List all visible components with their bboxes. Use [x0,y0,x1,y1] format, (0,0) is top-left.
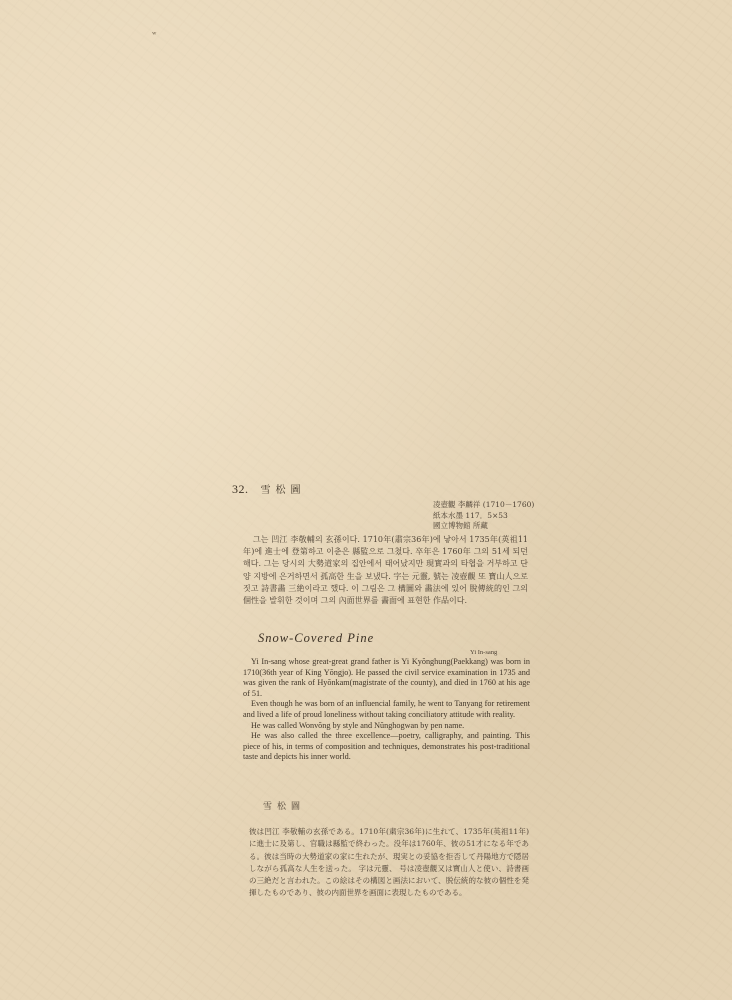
english-paragraph: He was called Wonvŏng by style and Nŭngh… [243,721,530,732]
artist-line: 凌壺觀 李麟祥 (1710－1760) [433,500,534,511]
collection-line: 國立博物館 所藏 [433,521,534,532]
english-description: Yi In-sang whose great-great grand fathe… [243,657,530,763]
plate-heading: 32.雪松圖 [232,481,306,497]
plate-korean-title: 雪松圖 [261,485,306,496]
japanese-description: 彼は凹江 李敬輔の玄孫である。1710年(粛宗36年)に生れて、1735年(英祖… [249,826,529,900]
english-title: Snow-Covered Pine [258,631,374,646]
plate-number: 32. [232,482,249,496]
english-paragraph: Yi In-sang whose great-great grand fathe… [243,657,530,699]
paper-mark: ʷ [152,30,156,37]
catalog-page: ʷ 32.雪松圖 凌壺觀 李麟祥 (1710－1760) 紙本水墨 117．5×… [0,0,732,1000]
english-paragraph: Even though he was born of an influencia… [243,699,530,720]
japanese-title: 雪松圖 [263,799,305,812]
medium-size-line: 紙本水墨 117．5×53 [433,511,534,522]
english-paragraph: He was also called the three excellence—… [243,731,530,763]
korean-description: 그는 凹江 李敬輔의 玄孫이다. 1710年(肅宗36年)에 낳아서 1735年… [243,534,528,607]
artwork-metadata: 凌壺觀 李麟祥 (1710－1760) 紙本水墨 117．5×53 國立博物館 … [433,500,534,532]
english-author: Yi In-sang [470,649,497,656]
